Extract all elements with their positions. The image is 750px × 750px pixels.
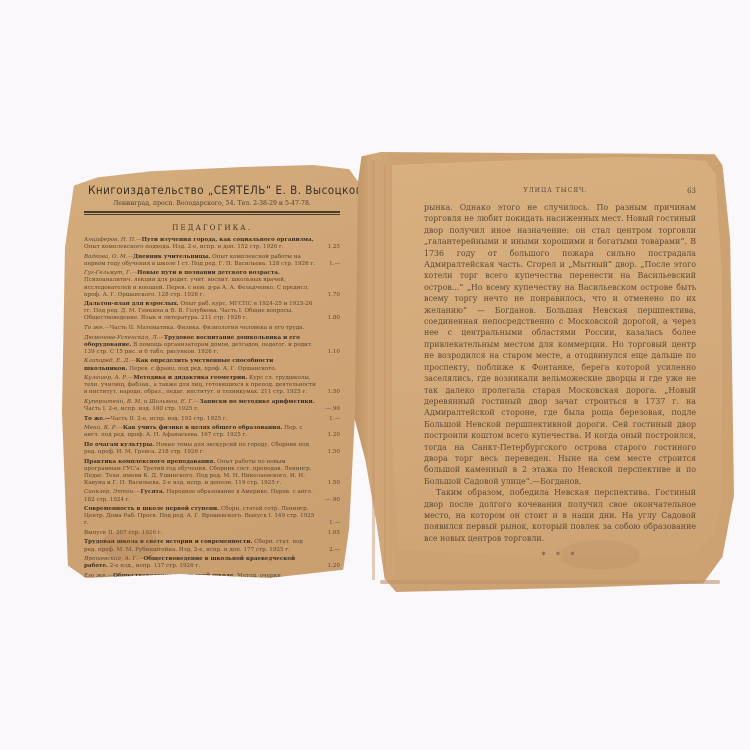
catalog-entry: То же.—Часть II. Математика. Физика. Физ… xyxy=(84,325,340,332)
catalog-entry: Синклер, Эптон.—Гусята. Народное образов… xyxy=(84,489,340,503)
entry-price: 1.40 xyxy=(328,573,340,580)
entry-details: Перев. с франц. под ред. проф. А. Г. Орш… xyxy=(127,366,276,372)
entry-author: Анциферов, Н. П.— xyxy=(84,237,142,243)
entry-price: —.90 xyxy=(326,406,341,413)
catalog-entry: Клапаред, Е. Д.—Как определить умственны… xyxy=(84,358,340,372)
entry-price: 1.50 xyxy=(328,480,340,487)
entry-details: Психоаналитич. лекции для родит. учит. в… xyxy=(84,277,309,297)
entry-price: 2.— xyxy=(329,547,340,554)
entry-author: Куперштейн, В. М. и Шольман, Е. Г.— xyxy=(84,399,199,405)
entry-author: Вадкова, О. М.— xyxy=(84,254,133,260)
page-number: 63 xyxy=(687,187,696,195)
paragraph: Таким образом, победила Невская перспект… xyxy=(424,487,696,544)
entry-title: Пути изучения города, как социального ор… xyxy=(142,237,314,243)
entry-price: 1.50 xyxy=(328,389,340,396)
entry-price: 1.20 xyxy=(328,563,340,570)
catalog-entry: Анциферов, Н. П.—Пути изучения города, к… xyxy=(84,237,340,251)
entry-details: Часть II. 2-е, испр. изд. 192 стр. 1925 … xyxy=(111,416,228,422)
catalog-entry: То же.—Часть II. 2-е, испр. изд. 192 стр… xyxy=(84,416,340,423)
running-header: УЛИЦА ТЫСЯЧ. 63 xyxy=(424,187,696,195)
entry-details: 2-е изд., испр. 137 стр. 1926 г. xyxy=(108,563,200,569)
entry-author: Клапаред, Е. Д.— xyxy=(84,358,136,364)
entry-price: 1.80 xyxy=(328,315,340,322)
entry-author: Гуг-Гельмут, Г.— xyxy=(84,270,137,276)
entry-price: 1.— xyxy=(329,416,340,423)
entry-title: Практика комплексного преподавания. xyxy=(84,459,215,465)
entry-title: Современность в школе первой ступени. xyxy=(84,506,219,512)
entry-details: Опыт комплексного подхода. Изд. 2-е, исп… xyxy=(84,244,284,250)
paper-stain xyxy=(560,540,640,570)
left-book-page: Книгоиздательство „СЕЯТЕЛЬ“ Е. В. Высоцк… xyxy=(62,165,358,578)
entry-title: Дальтон-план для взрослых. xyxy=(84,301,179,307)
entry-author: То же.— xyxy=(84,325,110,331)
entry-title: Записки по методике арифметики. xyxy=(199,399,314,405)
running-head-title: УЛИЦА ТЫСЯЧ. xyxy=(424,187,687,195)
entry-title: Обществоведение в сельской школе. xyxy=(113,573,235,579)
catalog-entry: Современность в школе первой ступени. Сб… xyxy=(84,506,340,527)
entry-price: 1.70 xyxy=(328,292,340,299)
entry-price: 1.65 xyxy=(328,530,340,537)
entry-author: Кулишер, А. Р.— xyxy=(84,375,133,381)
entry-details: Часть I. 2-е, испр. изд. 160 стр. 1925 г… xyxy=(84,406,199,412)
catalog-entry: Куперштейн, В. М. и Шольман, Е. Г.—Запис… xyxy=(84,399,340,413)
paragraph: рынка. Однако этого не случилось. По раз… xyxy=(424,202,696,487)
catalog-entry: По очагам культуры. Новые темы для экску… xyxy=(84,442,340,456)
entry-price: 1.— xyxy=(329,520,340,527)
entry-price: 1.20 xyxy=(328,432,340,439)
catalog-entry: Вадкова, О. М.—Дневник учительницы. Опыт… xyxy=(84,254,340,268)
entry-price: 1.10 xyxy=(328,349,340,356)
paper-stain xyxy=(100,530,160,560)
entry-title: Гусята. xyxy=(141,489,165,495)
entry-title: Методика и дидактика геометрии. xyxy=(133,375,247,381)
header-rule xyxy=(84,211,340,215)
catalog-entry: Его же.—Обществоведение в сельской школе… xyxy=(84,573,340,580)
stack-edge-bottom xyxy=(380,580,720,584)
entry-price: 1.25 xyxy=(328,244,340,251)
entry-title: То же.— xyxy=(84,416,111,422)
entry-price: —.90 xyxy=(326,497,341,504)
entry-title: Новые пути в познании детского возраста. xyxy=(137,270,280,276)
entry-author: Синклер, Эптон.— xyxy=(84,489,141,495)
entry-price: 1.— xyxy=(329,261,340,268)
entry-title: Дневник учительницы. xyxy=(133,254,210,260)
publisher-title: Книгоиздательство „СЕЯТЕЛЬ“ Е. В. Высоцк… xyxy=(88,183,340,197)
catalog-entry: Дюмонова-Успенская, Л.—Трудовое воспитан… xyxy=(84,335,340,356)
stack-edge-spine xyxy=(372,160,375,580)
catalog-entry: Практика комплексного преподавания. Опыт… xyxy=(84,459,340,487)
publisher-address: Ленинград, просп. Володарского, 54. Тел.… xyxy=(84,200,340,207)
entry-details: Часть II. Математика. Физика. Физиология… xyxy=(110,325,304,331)
stack-edge-spine-2 xyxy=(384,165,386,575)
catalog-entry: Гуг-Гельмут, Г.—Новые пути в познании де… xyxy=(84,270,340,298)
right-book-page: УЛИЦА ТЫСЯЧ. 63 рынка. Однако этого не с… xyxy=(392,157,722,557)
entry-author: Мени, К. Р.— xyxy=(84,425,123,431)
entry-title: По очагам культуры. xyxy=(84,442,154,448)
entry-author: Его же.— xyxy=(84,573,113,579)
entry-author: Дюмонова-Успенская, Л.— xyxy=(84,335,164,341)
entry-price: 1.50 xyxy=(328,449,340,456)
catalog-entry: Кулишер, А. Р.—Методика и дидактика геом… xyxy=(84,375,340,396)
catalog-entry: Мени, К. Р.—Как учить физике в целях общ… xyxy=(84,425,340,439)
catalog-list: Анциферов, Н. П.—Пути изучения города, к… xyxy=(84,237,340,580)
section-heading: ПЕДАГОГИКА. xyxy=(84,223,340,232)
entry-title: Как учить физике в целях общего образова… xyxy=(123,425,282,431)
catalog-entry: Дальтон-план для взрослых. Опыт раб. кур… xyxy=(84,301,340,322)
entry-details: Метод. очерки. xyxy=(235,573,282,579)
